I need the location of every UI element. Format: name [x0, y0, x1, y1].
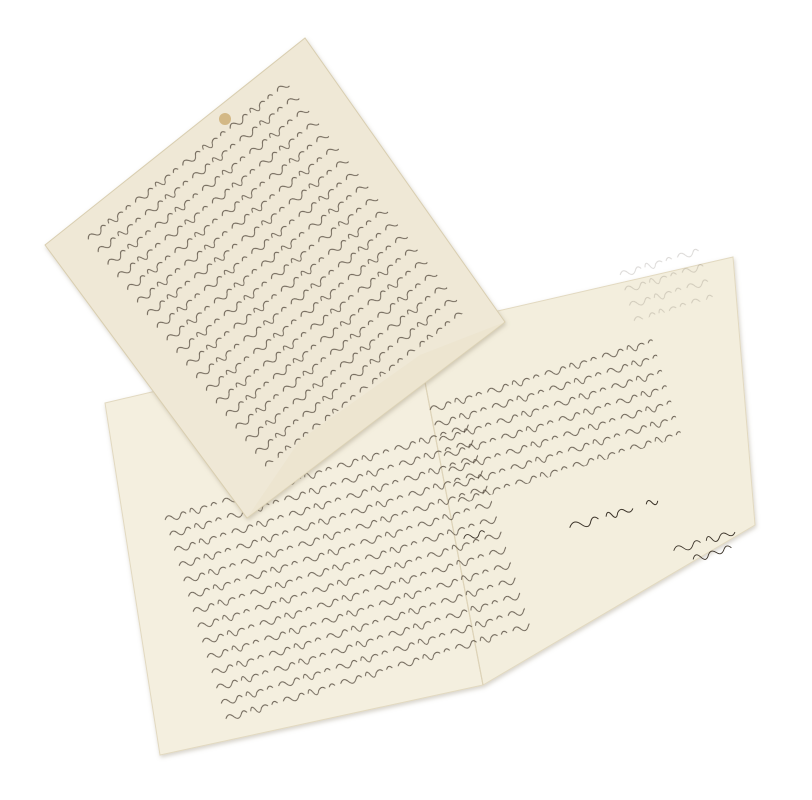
letters-illustration	[0, 0, 812, 800]
stain-spot	[219, 113, 231, 125]
letters-photograph	[0, 0, 812, 800]
